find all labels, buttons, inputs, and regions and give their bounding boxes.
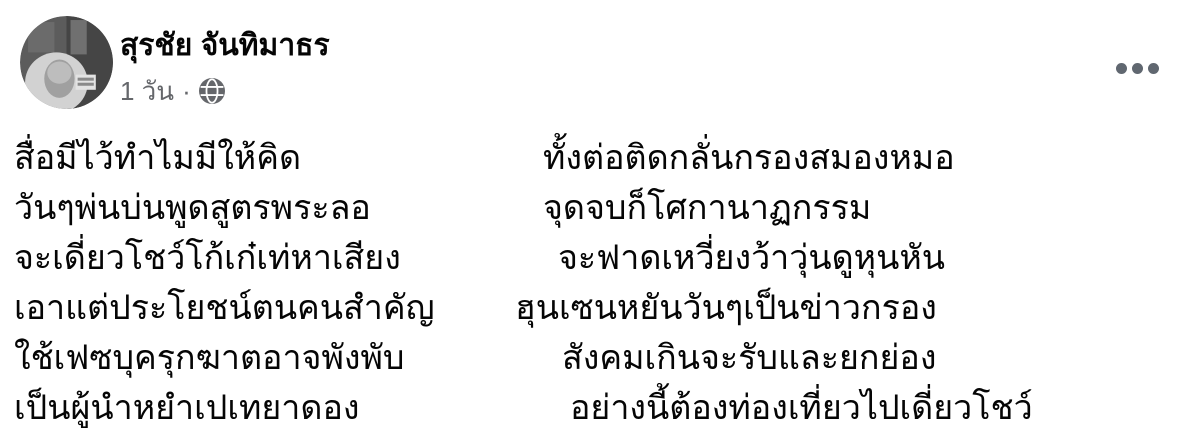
profile-photo	[20, 16, 113, 109]
verse-left: ใช้เฟซบุครุกฆาตอาจพังพับ	[14, 333, 404, 383]
post-body: สื่อมีไว้ทำไมมีให้คิด ทั้งต่อติดกลั่นกรอ…	[0, 133, 1200, 433]
post-options-button[interactable]	[1106, 50, 1168, 86]
verse-left: เอาแต่ประโยชน์ตนคนสำคัญ	[14, 283, 435, 333]
verse-left: วันๆพ่นบ่นพูดสูตรพระลอ	[14, 183, 371, 233]
post-line: เอาแต่ประโยชน์ตนคนสำคัญ ฮุนเซนหยันวันๆเป…	[0, 283, 1200, 333]
globe-icon	[199, 78, 225, 104]
verse-right: จะฟาดเหวี่ยงว้าวุ่นดูหุนหัน	[558, 233, 945, 283]
post-line: สื่อมีไว้ทำไมมีให้คิด ทั้งต่อติดกลั่นกรอ…	[0, 133, 1200, 183]
post-line: จะเดี่ยวโชว์โก้เก๋เท่หาเสียง จะฟาดเหวี่ย…	[0, 233, 1200, 283]
ellipsis-icon	[1132, 63, 1143, 74]
post-line: วันๆพ่นบ่นพูดสูตรพระลอ จุดจบก็โศกานาฏกรร…	[0, 183, 1200, 233]
verse-left: เป็นผู้นำหยำเปเทยาดอง	[14, 383, 359, 433]
timestamp[interactable]: 1 วัน	[120, 74, 174, 108]
verse-right: สังคมเกินจะรับและยกย่อง	[562, 333, 936, 383]
meta-separator: ·	[182, 74, 191, 108]
facebook-post-card: สุรชัย จันทิมาธร 1 วัน · สื่อมีไว้ทำไมมี…	[0, 0, 1200, 446]
ellipsis-icon	[1116, 63, 1127, 74]
verse-left: สื่อมีไว้ทำไมมีให้คิด	[14, 133, 301, 183]
post-line: เป็นผู้นำหยำเปเทยาดอง อย่างนี้ต้องท่องเท…	[0, 383, 1200, 433]
verse-right: อย่างนี้ต้องท่องเที่ยวไปเดี่ยวโชว์	[570, 383, 1033, 433]
verse-left: จะเดี่ยวโชว์โก้เก๋เท่หาเสียง	[14, 233, 401, 283]
post-line: ใช้เฟซบุครุกฆาตอาจพังพับ สังคมเกินจะรับแ…	[0, 333, 1200, 383]
ellipsis-icon	[1148, 63, 1159, 74]
verse-right: ฮุนเซนหยันวันๆเป็นข่าวกรอง	[515, 283, 937, 333]
author-name[interactable]: สุรชัย จันทิมาธร	[120, 26, 330, 66]
avatar[interactable]	[20, 16, 113, 109]
post-meta[interactable]: 1 วัน ·	[120, 74, 225, 108]
verse-right: จุดจบก็โศกานาฏกรรม	[543, 183, 871, 233]
verse-right: ทั้งต่อติดกลั่นกรองสมองหมอ	[543, 133, 955, 183]
